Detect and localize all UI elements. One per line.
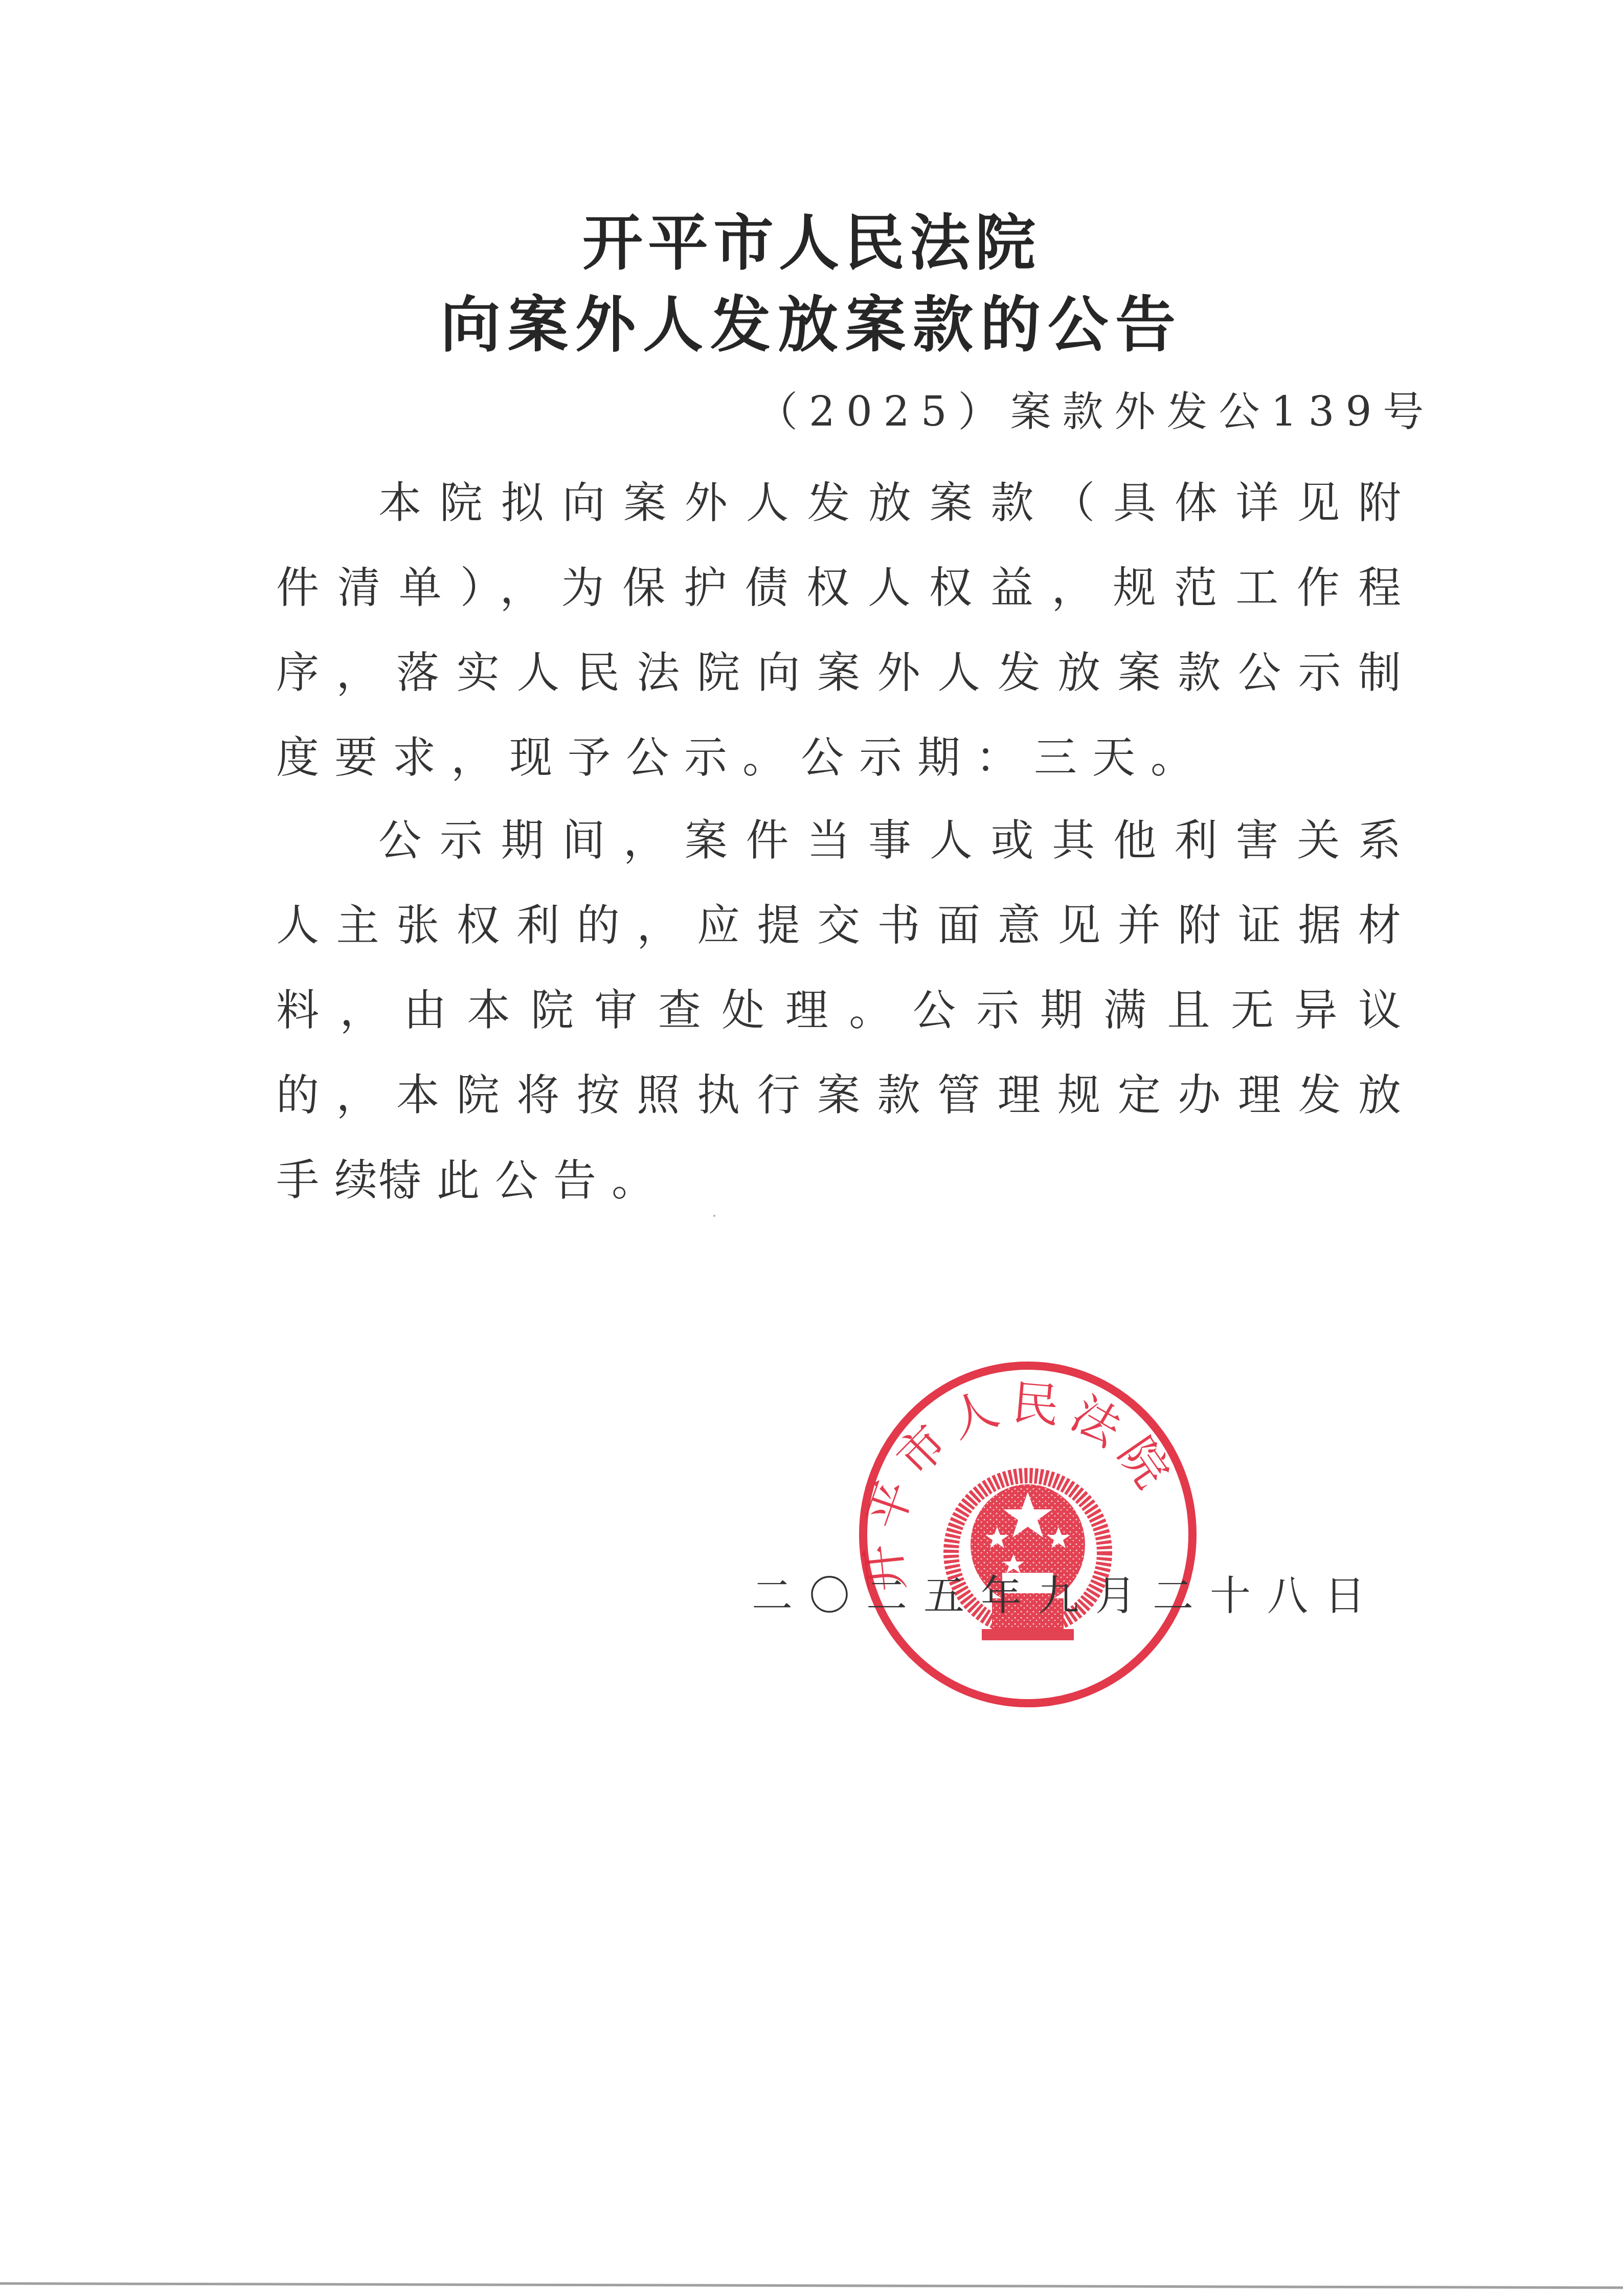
- court-name-title: 开平市人民法院: [0, 210, 1623, 276]
- scan-edge-line: [0, 2282, 1623, 2289]
- closing-paragraph: 特此公告。: [276, 1138, 1416, 1223]
- notice-title: 向案外人发放案款的公告: [0, 292, 1623, 358]
- body-paragraph-1: 本院拟向案外人发放案款（具体详见附件清单），为保护债权人权益，规范工作程序，落实…: [276, 460, 1416, 800]
- official-seal: 开平市人民法院: [854, 1358, 1202, 1711]
- issue-date: 二〇二五年九月二十八日: [752, 1570, 1382, 1621]
- document-number: （2025）案款外发公139号: [757, 386, 1435, 437]
- scan-speck: [713, 1215, 715, 1217]
- seal-icon: 开平市人民法院: [854, 1358, 1202, 1711]
